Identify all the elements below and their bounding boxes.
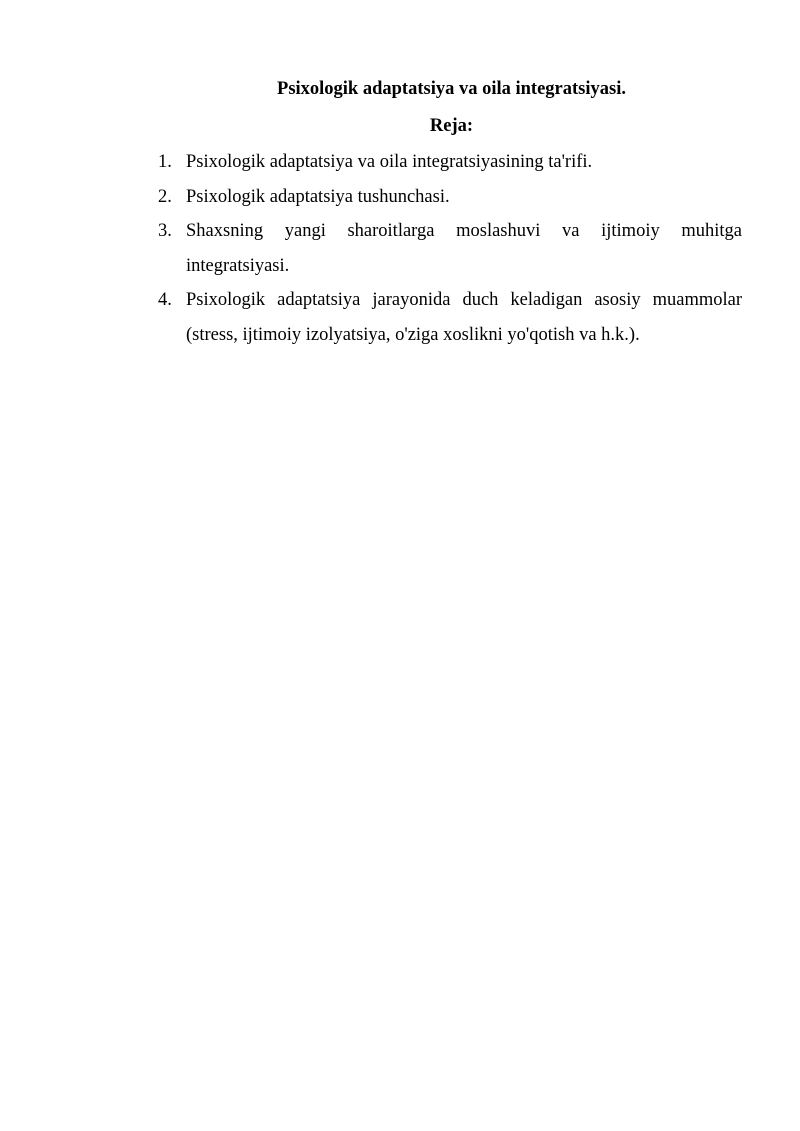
list-item: 3. Shaxsning yangi sharoitlarga moslashu… <box>158 214 742 283</box>
list-item: 2. Psixologik adaptatsiya tushunchasi. <box>158 180 742 215</box>
plan-heading: Reja: <box>0 112 800 140</box>
list-item-number: 4. <box>158 283 172 318</box>
list-item-number: 1. <box>158 145 172 180</box>
plan-list: 1. Psixologik adaptatsiya va oila integr… <box>158 145 742 352</box>
list-item-text: Psixologik adaptatsiya va oila integrats… <box>186 152 592 172</box>
document-title: Psixologik adaptatsiya va oila integrats… <box>0 75 800 103</box>
list-item-text: Psixologik adaptatsiya tushunchasi. <box>186 187 450 207</box>
list-item: 1. Psixologik adaptatsiya va oila integr… <box>158 145 742 180</box>
list-item: 4. Psixologik adaptatsiya jarayonida duc… <box>158 283 742 352</box>
list-item-number: 2. <box>158 180 172 215</box>
list-item-text: Psixologik adaptatsiya jarayonida duch k… <box>186 290 742 345</box>
list-item-text: Shaxsning yangi sharoitlarga moslashuvi … <box>186 221 742 276</box>
list-item-number: 3. <box>158 214 172 249</box>
